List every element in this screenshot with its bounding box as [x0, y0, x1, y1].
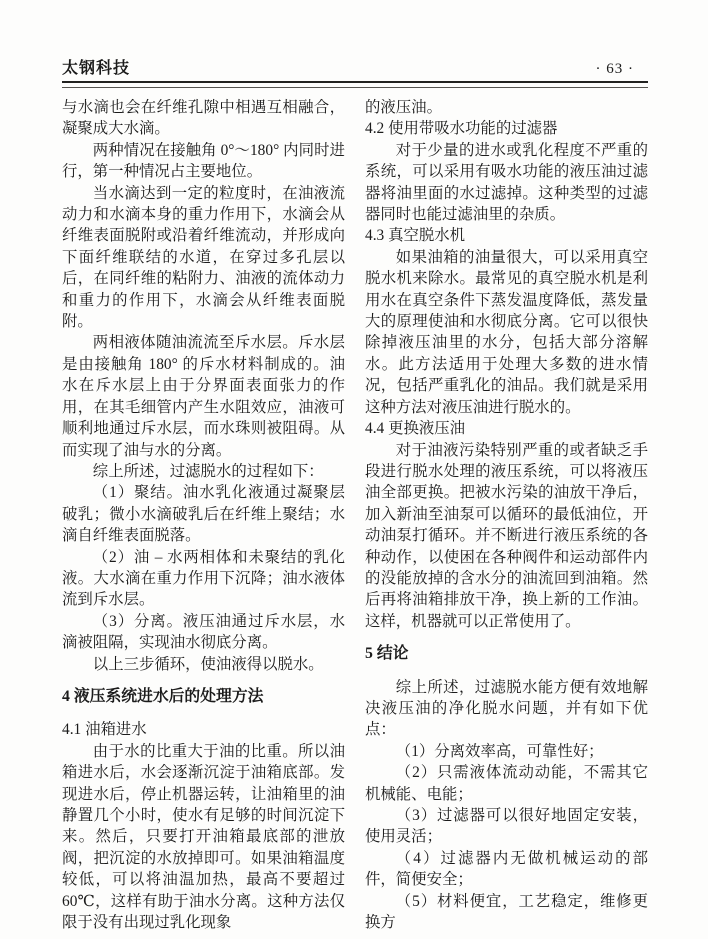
right-column: 的液压油。4.2 使用带吸水功能的过滤器对于少量的进水或乳化程度不严重的系统，可… — [365, 97, 648, 933]
header-rule — [62, 81, 648, 88]
paragraph: 综上所述，过滤脱水的过程如下： — [62, 461, 345, 482]
paragraph: 两种情况在接触角 0°～180° 内同时进行，第一种情况占主要地位。 — [62, 140, 345, 183]
left-column: 与水滴也会在纤维孔隙中相遇互相融合，凝聚成大水滴。两种情况在接触角 0°～180… — [62, 97, 345, 933]
subsection-heading-4-1: 4.1 油箱进水 — [62, 719, 345, 740]
paragraph: 两相液体随油流流至斥水层。斥水层是由接触角 180° 的斥水材料制成的。油水在斥… — [62, 332, 345, 460]
journal-page: 太钢科技 · 63 · 与水滴也会在纤维孔隙中相遇互相融合，凝聚成大水滴。两种情… — [0, 0, 708, 939]
list-item-1: （1）聚结。油水乳化液通过凝聚层破乳；微小水滴破乳后在纤维上聚结；水滴自纤维表面… — [62, 482, 345, 546]
paragraph: 由于水的比重大于油的比重。所以油箱进水后，水会逐渐沉淀于油箱底部。发现进水后，停… — [62, 741, 345, 934]
subsection-heading-4-3: 4.3 真空脱水机 — [365, 225, 648, 246]
subsection-heading-4-4: 4.4 更换液压油 — [365, 418, 648, 439]
paragraph: 如果油箱的油量很大，可以采用真空脱水机来除水。最常见的真空脱水机是利用水在真空条… — [365, 247, 648, 418]
paragraph: 对于油液污染特别严重的或者缺乏手段进行脱水处理的液压系统，可以将液压油全部更换。… — [365, 440, 648, 633]
section-heading-4: 4 液压系统进水后的处理方法 — [62, 686, 345, 707]
paragraph: 以上三步循环，使油液得以脱水。 — [62, 654, 345, 675]
paragraph: 当水滴达到一定的粒度时，在油液流动力和水滴本身的重力作用下，水滴会从纤维表面脱附… — [62, 183, 345, 333]
list-item-2: （2）只需液体流动动能，不需其它机械能、电能； — [365, 762, 648, 805]
journal-title: 太钢科技 — [62, 55, 130, 78]
page-number: · 63 · — [596, 61, 649, 78]
section-heading-5: 5 结论 — [365, 643, 648, 664]
paragraph: 对于少量的进水或乳化程度不严重的系统，可以采用有吸水功能的液压油过滤器将油里面的… — [365, 140, 648, 226]
paragraph: 综上所述，过滤脱水能方便有效地解决液压油的净化脱水问题，并有如下优点： — [365, 677, 648, 741]
article-body: 与水滴也会在纤维孔隙中相遇互相融合，凝聚成大水滴。两种情况在接触角 0°～180… — [62, 97, 648, 933]
list-item-3: （3）分离。液压油通过斥水层，水滴被阻隔，实现油水彻底分离。 — [62, 611, 345, 654]
paragraph-continued: 与水滴也会在纤维孔隙中相遇互相融合，凝聚成大水滴。 — [62, 97, 345, 140]
list-item-5: （5）材料便宜，工艺稳定，维修更换方 — [365, 891, 648, 934]
list-item-1: （1）分离效率高，可靠性好； — [365, 741, 648, 762]
list-item-3: （3）过滤器可以很好地固定安装，使用灵活； — [365, 805, 648, 848]
page-header: 太钢科技 · 63 · — [62, 55, 648, 78]
list-item-2: （2）油 – 水两相体和未聚结的乳化液。大水滴在重力作用下沉降；油水液体流到斥水… — [62, 547, 345, 611]
paragraph-continued: 的液压油。 — [365, 97, 648, 118]
subsection-heading-4-2: 4.2 使用带吸水功能的过滤器 — [365, 118, 648, 139]
list-item-4: （4）过滤器内无做机械运动的部件，简便安全； — [365, 848, 648, 891]
